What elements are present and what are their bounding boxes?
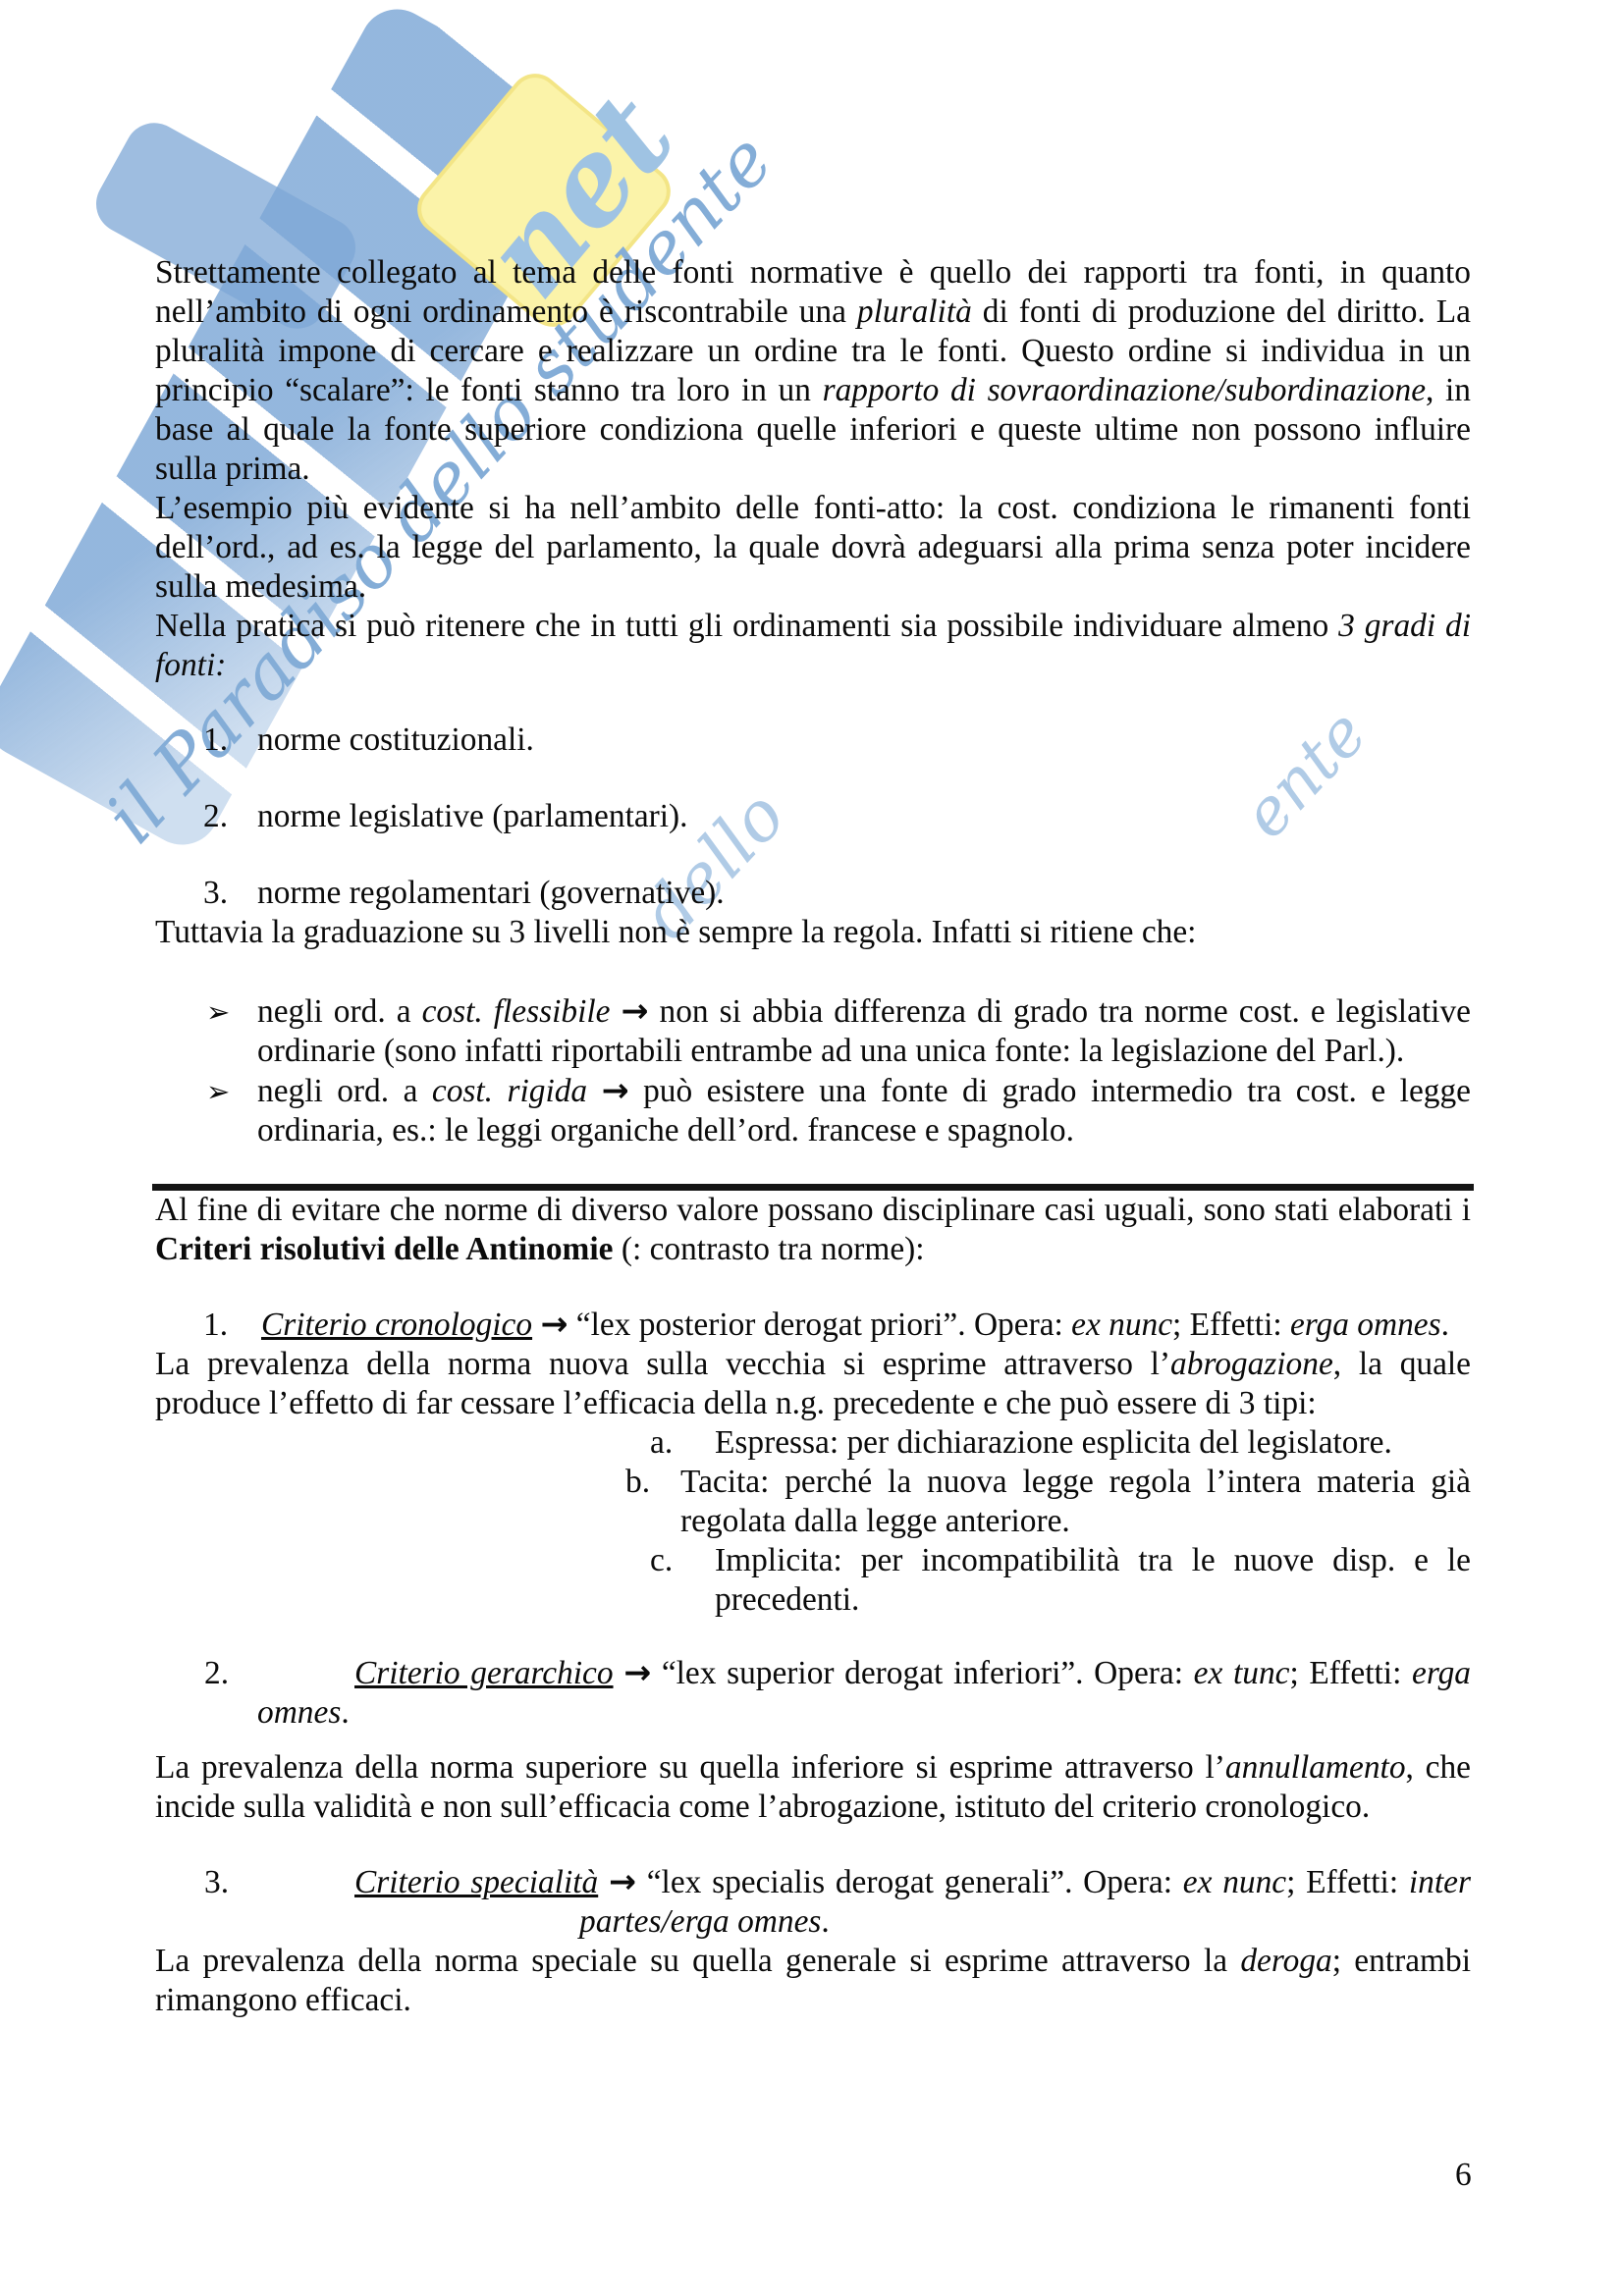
list-item-norme-costituzionali: 1.norme costituzionali. bbox=[155, 721, 1471, 760]
criterion-number: 1. bbox=[203, 1306, 261, 1345]
list-item-norme-legislative: 2.norme legislative (parlamentari). bbox=[155, 797, 1471, 836]
criterion-description: La prevalenza della norma speciale su qu… bbox=[155, 1942, 1471, 2020]
sub-item-text: Implicita: per incompatibilità tra le nu… bbox=[715, 1542, 1471, 1618]
grades-list: 1.norme costituzionali. 2.norme legislat… bbox=[155, 721, 1471, 913]
criterion-number: 3. bbox=[204, 1863, 354, 1902]
paragraph-criteri-antinomie-intro: Al fine di evitare che norme di diverso … bbox=[155, 1191, 1471, 1269]
criterion-heading: 3.Criterio specialità → “lex specialis d… bbox=[155, 1862, 1471, 1942]
sub-item-tacita: b.Tacita: perché la nuova legge regola l… bbox=[155, 1463, 1471, 1541]
document-page: net il Paradiso dello studente dello ent… bbox=[0, 0, 1623, 2296]
sub-item-espressa: a.Espressa: per dichiarazione esplicita … bbox=[155, 1423, 1471, 1463]
page-number: 6 bbox=[1455, 2156, 1472, 2195]
sub-item-implicita: c.Implicita: per incompatibilità tra le … bbox=[155, 1541, 1471, 1620]
list-item-norme-regolamentari: 3.norme regolamentari (governative). bbox=[155, 874, 1471, 913]
paragraph-rapporti-tra-fonti: Strettamente collegato al tema delle fon… bbox=[155, 253, 1471, 489]
sub-item-text: Espressa: per dichiarazione esplicita de… bbox=[715, 1424, 1392, 1461]
criterion-description: La prevalenza della norma superiore su q… bbox=[155, 1748, 1471, 1827]
criterion-number: 2. bbox=[204, 1654, 354, 1693]
bullet-item-cost-rigida: ➢negli ord. a cost. rigida → può esister… bbox=[155, 1071, 1471, 1150]
criterion-heading-text: Criterio specialità → “lex specialis der… bbox=[354, 1864, 1471, 1940]
bullet-text: negli ord. a cost. flessibile → non si a… bbox=[257, 993, 1471, 1069]
sub-item-letter: a. bbox=[650, 1423, 715, 1463]
list-number: 1. bbox=[203, 721, 257, 760]
criterion-specialita: 3.Criterio specialità → “lex specialis d… bbox=[155, 1862, 1471, 2020]
section-divider bbox=[152, 1184, 1474, 1191]
sub-item-text: Tacita: perché la nuova legge regola l’i… bbox=[680, 1464, 1471, 1539]
arrowhead-bullet-icon: ➢ bbox=[206, 1072, 257, 1111]
sub-item-letter: c. bbox=[650, 1541, 715, 1580]
list-number: 2. bbox=[203, 797, 257, 836]
bullet-text: negli ord. a cost. rigida → può esistere… bbox=[257, 1073, 1471, 1148]
criterion-heading-text: Criterio gerarchico → “lex superior dero… bbox=[257, 1655, 1471, 1731]
list-item-text: norme legislative (parlamentari). bbox=[257, 798, 688, 834]
sub-item-letter: b. bbox=[625, 1463, 680, 1502]
criterion-heading: 2.Criterio gerarchico → “lex superior de… bbox=[155, 1653, 1471, 1733]
criterion-description: La prevalenza della norma nuova sulla ve… bbox=[155, 1345, 1471, 1423]
list-item-text: norme costituzionali. bbox=[257, 721, 534, 758]
list-number: 3. bbox=[203, 874, 257, 913]
paragraph-tuttavia-graduazione: Tuttavia la graduazione su 3 livelli non… bbox=[155, 913, 1471, 952]
arrowhead-bullet-icon: ➢ bbox=[206, 992, 257, 1032]
paragraph-gradi-di-fonti-intro: Nella pratica si può ritenere che in tut… bbox=[155, 607, 1471, 685]
criterion-heading: 1.Criterio cronologico → “lex posterior … bbox=[155, 1305, 1471, 1345]
criterion-cronologico: 1.Criterio cronologico → “lex posterior … bbox=[155, 1305, 1471, 1620]
list-item-text: norme regolamentari (governative). bbox=[257, 875, 725, 911]
page-content: Strettamente collegato al tema delle fon… bbox=[155, 0, 1471, 2020]
paragraph-esempio-fonti-atto: L’esempio più evidente si ha nell’ambito… bbox=[155, 489, 1471, 607]
criterion-heading-text: Criterio cronologico → “lex posterior de… bbox=[261, 1307, 1449, 1343]
ordinamenti-bullet-list: ➢negli ord. a cost. flessibile → non si … bbox=[155, 991, 1471, 1150]
criterion-gerarchico: 2.Criterio gerarchico → “lex superior de… bbox=[155, 1653, 1471, 1827]
bullet-item-cost-flessibile: ➢negli ord. a cost. flessibile → non si … bbox=[155, 991, 1471, 1071]
